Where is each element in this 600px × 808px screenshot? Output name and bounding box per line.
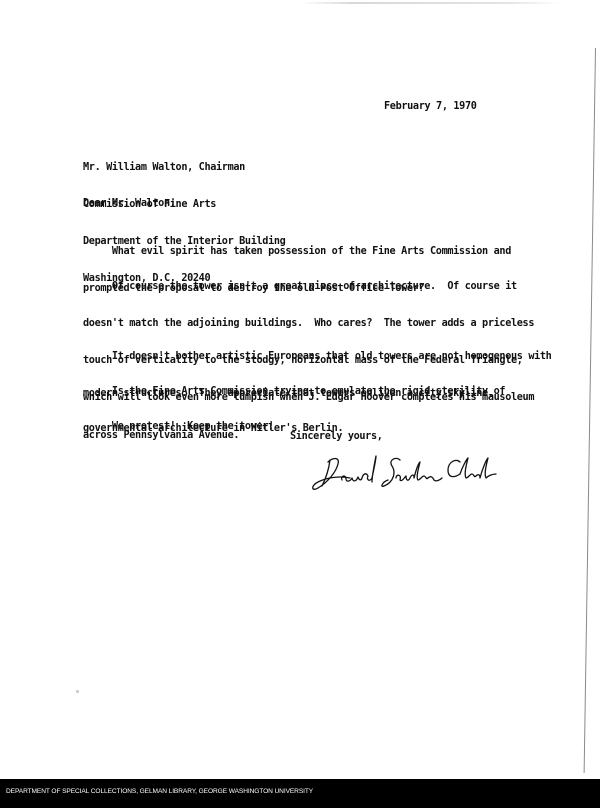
recipient-name: Mr. William Walton, Chairman — [83, 162, 285, 174]
paragraph-line: Of course the tower isn't a great piece … — [83, 281, 534, 293]
paragraph-5: We protest! Keep the tower! — [83, 396, 274, 458]
closing: Sincerely yours, — [290, 431, 383, 443]
paragraph-line: We protest! Keep the tower! — [83, 421, 274, 433]
handwritten-signature-icon — [310, 452, 500, 494]
letter-date: February 7, 1970 — [384, 101, 477, 113]
paper-edge-line — [584, 48, 596, 773]
scan-speck — [76, 690, 79, 693]
archive-credit-text: DEPARTMENT OF SPECIAL COLLECTIONS, GELMA… — [6, 788, 313, 795]
salutation: Dear Mr. Walton: — [83, 198, 176, 210]
scan-smudge — [300, 2, 560, 4]
archive-credit-bar: DEPARTMENT OF SPECIAL COLLECTIONS, GELMA… — [0, 779, 600, 808]
letter-page: February 7, 1970 Mr. William Walton, Cha… — [0, 0, 600, 779]
